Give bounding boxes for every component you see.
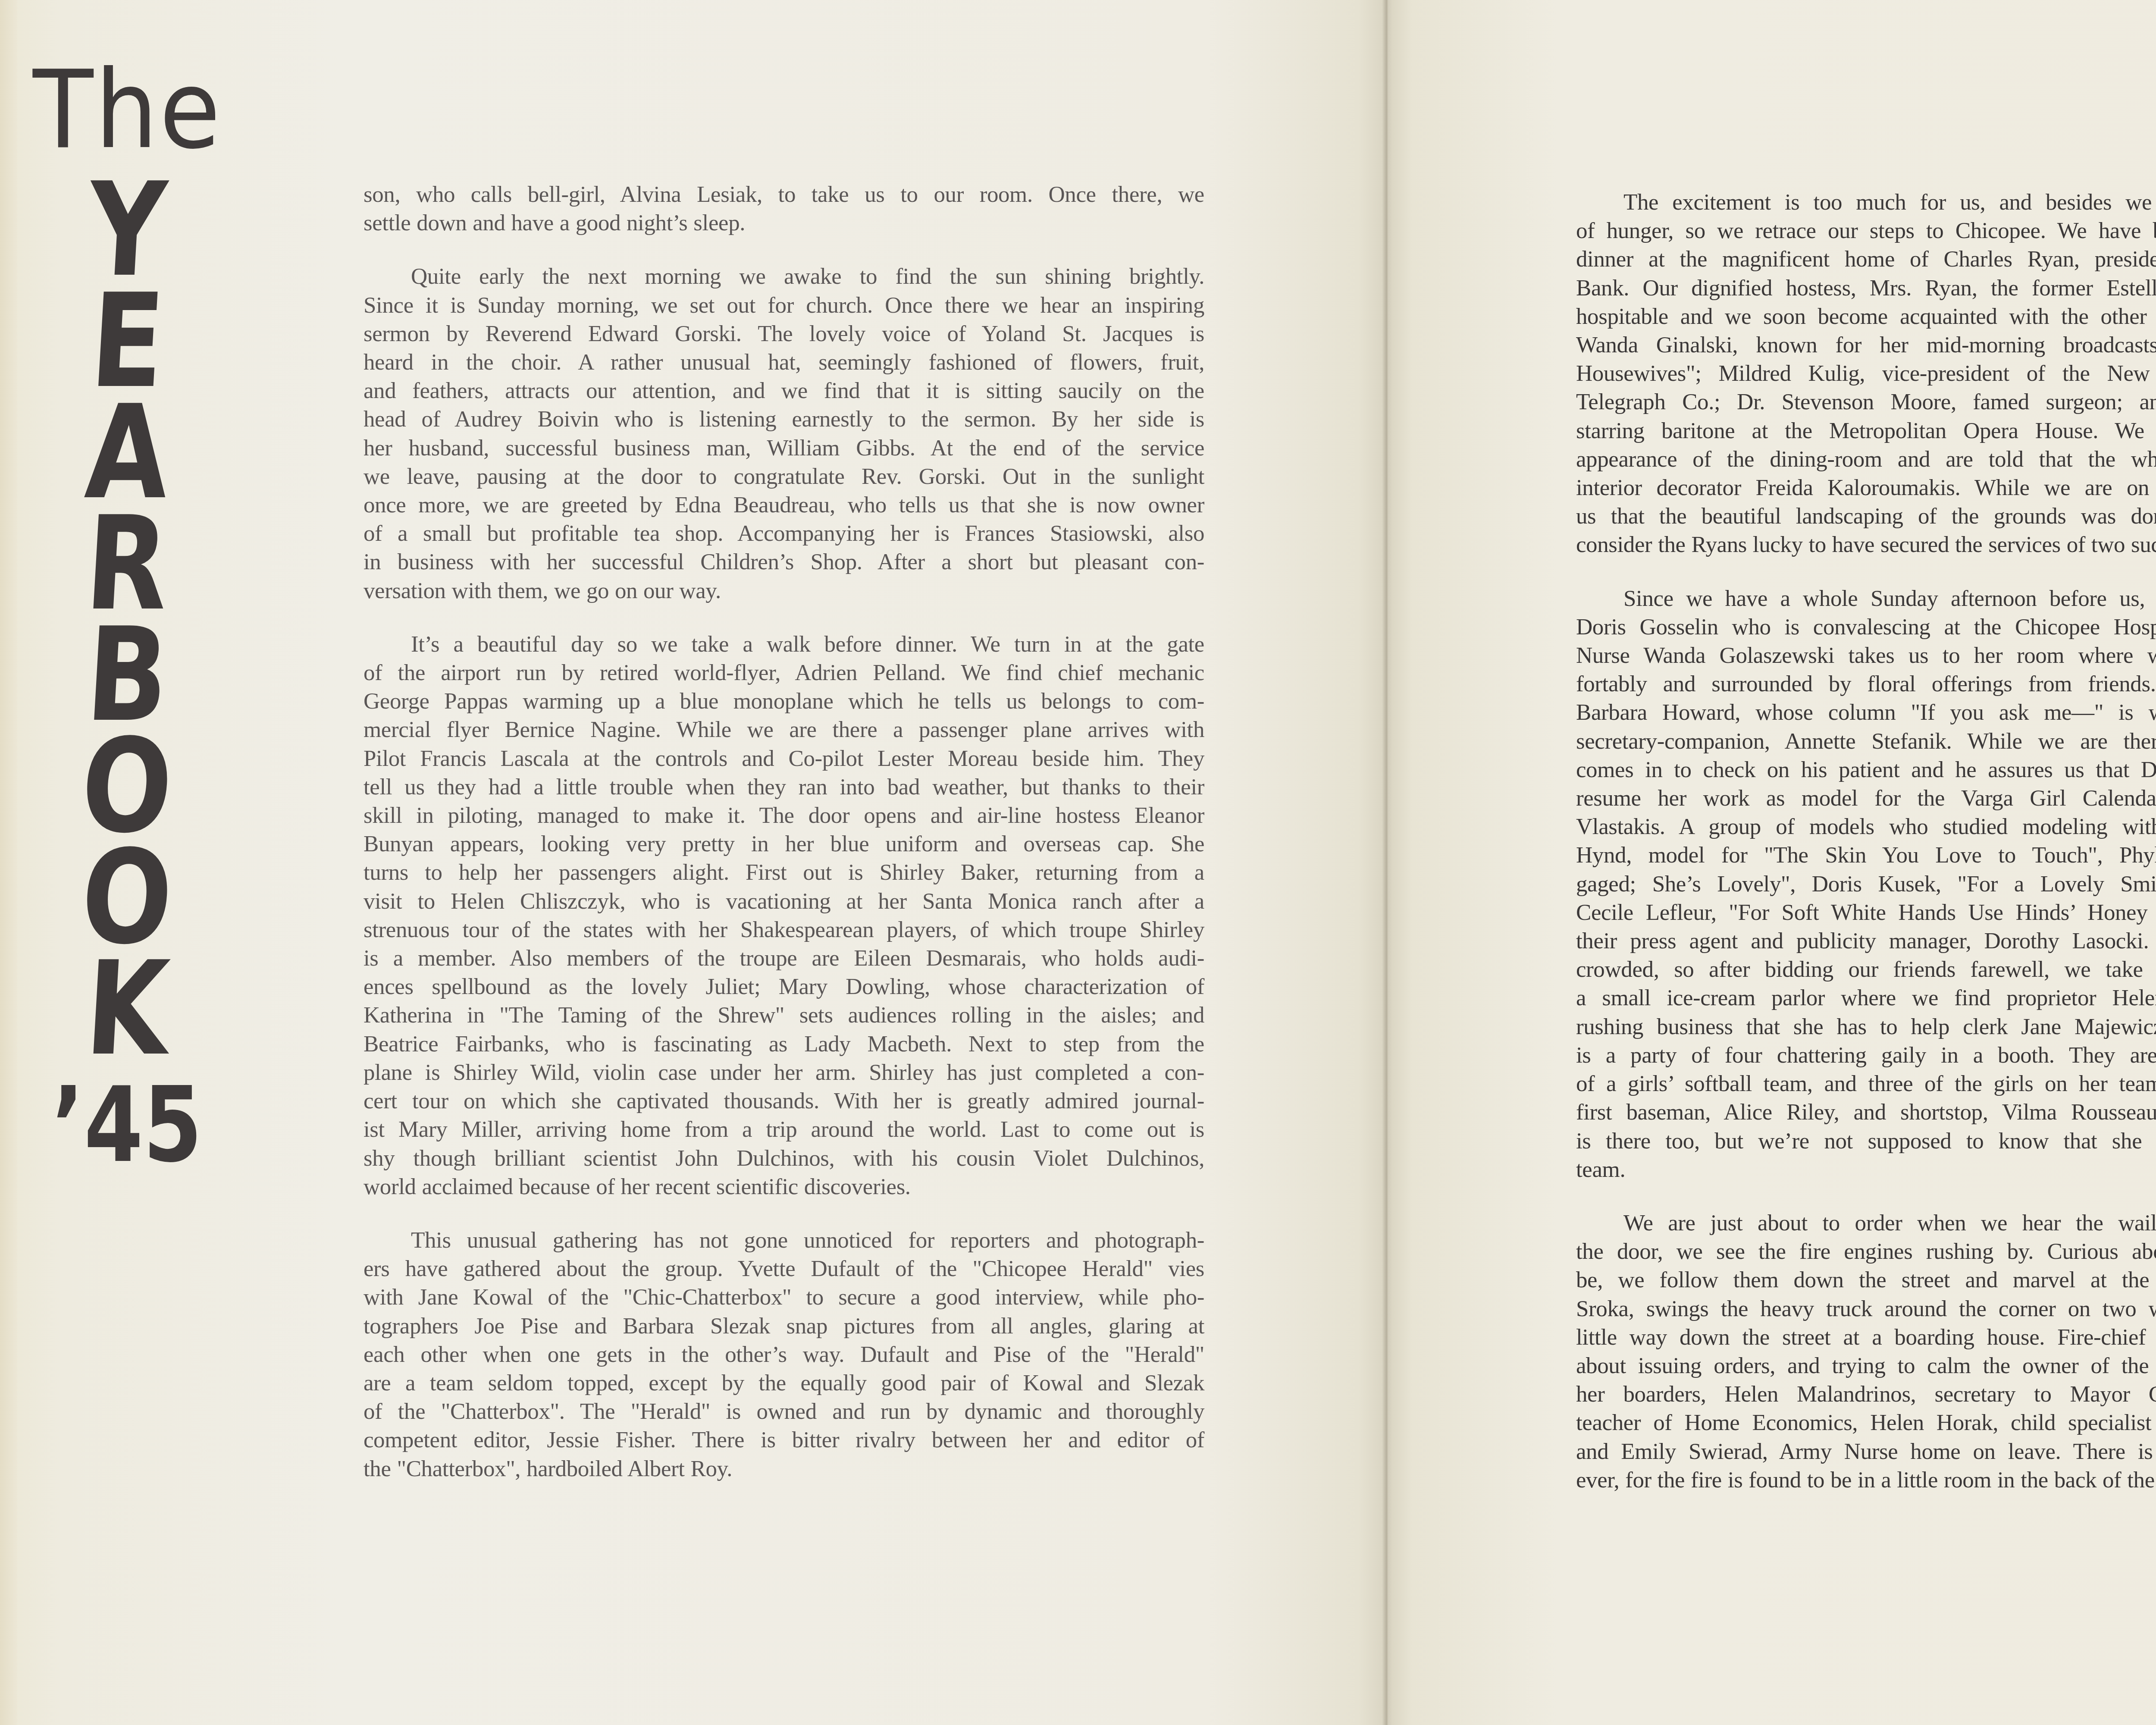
text-line: competent editor, Jessie Fisher. There i… — [364, 1426, 1204, 1454]
text-line: is a member. Also members of the troupe … — [364, 944, 1204, 972]
text-line: of the "Chatterbox". The "Herald" is own… — [364, 1397, 1204, 1426]
title-the: The — [33, 60, 222, 160]
text-line: the "Chatterbox", hardboiled Albert Roy. — [364, 1455, 1204, 1483]
text-line: visit to Helen Chliszczyk, who is vacati… — [364, 887, 1204, 916]
text-line: hospitable and we soon become acquainted… — [1576, 302, 2156, 331]
text-line: heard in the choir. A rather unusual hat… — [364, 348, 1204, 376]
text-line: Pilot Francis Lascala at the controls an… — [364, 744, 1204, 773]
text-line: settle down and have a good night’s slee… — [364, 209, 1204, 237]
text-line: teacher of Home Economics, Helen Horak, … — [1576, 1408, 2156, 1437]
text-line: each other when one gets in the other’s … — [364, 1340, 1204, 1369]
text-line: tell us they had a little trouble when t… — [364, 773, 1204, 801]
paragraph: Quite early the next morning we awake to… — [364, 262, 1204, 605]
text-line: their press agent and publicity manager,… — [1576, 927, 2156, 955]
text-line: and feathers, attracts our attention, an… — [364, 376, 1204, 405]
text-line: gaged; She’s Lovely", Doris Kusek, "For … — [1576, 870, 2156, 898]
paragraph: This unusual gathering has not gone unno… — [364, 1226, 1204, 1483]
text-line: about issuing orders, and trying to calm… — [1576, 1352, 2156, 1380]
text-line: comes in to check on his patient and he … — [1576, 756, 2156, 784]
text-line: Barbara Howard, whose column "If you ask… — [1576, 698, 2156, 727]
text-line: us that the beautiful landscaping of the… — [1576, 502, 2156, 530]
title-year: ’45 — [52, 1069, 203, 1181]
text-line: plane is Shirley Wild, violin case under… — [364, 1058, 1204, 1087]
text-line: interior decorator Freida Kaloroumakis. … — [1576, 474, 2156, 502]
text-line: Housewives"; Mildred Kulig, vice-preside… — [1576, 359, 2156, 388]
paragraph: The excitement is too much for us, and b… — [1576, 188, 2156, 559]
left-page-body: son, who calls bell-girl, Alvina Lesiak,… — [364, 180, 1204, 1508]
text-line: versation with them, we go on our way. — [364, 577, 1204, 605]
paragraph: We are just about to order when we hear … — [1576, 1209, 2156, 1494]
text-line: Since it is Sunday morning, we set out f… — [364, 291, 1204, 320]
text-line: of a small but profitable tea shop. Acco… — [364, 519, 1204, 548]
text-line: is there too, but we’re not supposed to … — [1576, 1127, 2156, 1155]
text-line: Vlastakis. A group of models who studied… — [1576, 812, 2156, 841]
text-line: tographers Joe Pise and Barbara Slezak s… — [364, 1312, 1204, 1340]
paragraph: It’s a beautiful day so we take a walk b… — [364, 630, 1204, 1201]
text-line: mercial flyer Bernice Nagine. While we a… — [364, 715, 1204, 744]
text-line: starring baritone at the Metropolitan Op… — [1576, 417, 2156, 445]
text-line: first baseman, Alice Riley, and shortsto… — [1576, 1098, 2156, 1126]
text-line: sermon by Reverend Edward Gorski. The lo… — [364, 320, 1204, 348]
text-line: and Emily Swierad, Army Nurse home on le… — [1576, 1437, 2156, 1466]
text-line: ever, for the fire is found to be in a l… — [1576, 1466, 2156, 1494]
text-line: be, we follow them down the street and m… — [1576, 1266, 2156, 1294]
text-line: Beatrice Fairbanks, who is fascinating a… — [364, 1030, 1204, 1058]
text-line: Wanda Ginalski, known for her mid-mornin… — [1576, 331, 2156, 359]
text-line: crowded, so after bidding our friends fa… — [1576, 955, 2156, 984]
text-line: is a party of four chattering gaily in a… — [1576, 1041, 2156, 1069]
text-line: secretary-companion, Annette Stefanik. W… — [1576, 727, 2156, 756]
text-line: are a team seldom topped, except by the … — [364, 1369, 1204, 1397]
text-line: world acclaimed because of her recent sc… — [364, 1173, 1204, 1201]
text-line: Katherina in "The Taming of the Shrew" s… — [364, 1001, 1204, 1029]
text-line: Sroka, swings the heavy truck around the… — [1576, 1295, 2156, 1323]
title-letter-k: K — [83, 953, 171, 1065]
text-line: Hynd, model for "The Skin You Love to To… — [1576, 841, 2156, 869]
text-line: turns to help her passengers alight. Fir… — [364, 858, 1204, 887]
text-line: Telegraph Co.; Dr. Stevenson Moore, fame… — [1576, 388, 2156, 416]
text-line: son, who calls bell-girl, Alvina Lesiak,… — [364, 180, 1204, 209]
text-line: of a girls’ softball team, and three of … — [1576, 1069, 2156, 1098]
left-page-edge — [0, 0, 17, 1725]
text-line: Doris Gosselin who is convalescing at th… — [1576, 613, 2156, 641]
text-line: Since we have a whole Sunday afternoon b… — [1576, 584, 2156, 613]
yearbook-title-left: The Y E A R B O O K ’45 — [37, 60, 218, 1181]
text-line: in business with her successful Children… — [364, 548, 1204, 576]
text-line: Cecile Lefleur, "For Soft White Hands Us… — [1576, 898, 2156, 927]
text-line: consider the Ryans lucky to have secured… — [1576, 530, 2156, 559]
text-line: the door, we see the fire engines rushin… — [1576, 1237, 2156, 1266]
text-line: a small ice-cream parlor where we find p… — [1576, 984, 2156, 1012]
text-line: rushing business that she has to help cl… — [1576, 1013, 2156, 1041]
text-line: we leave, pausing at the door to congrat… — [364, 462, 1204, 491]
text-line: head of Audrey Boivin who is listening e… — [364, 405, 1204, 433]
text-line: George Pappas warming up a blue monoplan… — [364, 687, 1204, 715]
text-line: It’s a beautiful day so we take a walk b… — [364, 630, 1204, 659]
text-line: fortably and surrounded by floral offeri… — [1576, 670, 2156, 698]
right-page-body: The excitement is too much for us, and b… — [1576, 188, 2156, 1519]
text-line: her husband, successful business man, Wi… — [364, 434, 1204, 462]
text-line: of hunger, so we retrace our steps to Ch… — [1576, 216, 2156, 245]
text-line: resume her work as model for the Varga G… — [1576, 784, 2156, 812]
text-line: her boarders, Helen Malandrinos, secreta… — [1576, 1380, 2156, 1408]
text-line: ences spellbound as the lovely Juliet; M… — [364, 972, 1204, 1001]
text-line: ist Mary Miller, arriving home from a tr… — [364, 1115, 1204, 1144]
text-line: strenuous tour of the states with her Sh… — [364, 916, 1204, 944]
text-line: Nurse Wanda Golaszewski takes us to her … — [1576, 641, 2156, 670]
text-line: once more, we are greeted by Edna Beaudr… — [364, 491, 1204, 519]
text-line: ers have gathered about the group. Yvett… — [364, 1255, 1204, 1283]
text-line: cert tour on which she captivated thousa… — [364, 1087, 1204, 1115]
text-line: of the airport run by retired world-flye… — [364, 659, 1204, 687]
text-line: Bank. Our dignified hostess, Mrs. Ryan, … — [1576, 274, 2156, 302]
paragraph: Since we have a whole Sunday afternoon b… — [1576, 584, 2156, 1184]
text-line: with Jane Kowal of the "Chic-Chatterbox"… — [364, 1283, 1204, 1311]
text-line: little way down the street at a boarding… — [1576, 1323, 2156, 1352]
text-line: This unusual gathering has not gone unno… — [364, 1226, 1204, 1255]
book-spine-gutter — [1382, 0, 1392, 1725]
text-line: Bunyan appears, looking very pretty in h… — [364, 830, 1204, 858]
text-line: The excitement is too much for us, and b… — [1576, 188, 2156, 216]
paragraph: son, who calls bell-girl, Alvina Lesiak,… — [364, 180, 1204, 237]
text-line: dinner at the magnificent home of Charle… — [1576, 245, 2156, 273]
text-line: We are just about to order when we hear … — [1576, 1209, 2156, 1237]
text-line: shy though brilliant scientist John Dulc… — [364, 1144, 1204, 1173]
text-line: appearance of the dining-room and are to… — [1576, 445, 2156, 474]
text-line: skill in piloting, managed to make it. T… — [364, 801, 1204, 830]
text-line: team. — [1576, 1155, 2156, 1184]
text-line: Quite early the next morning we awake to… — [364, 262, 1204, 291]
